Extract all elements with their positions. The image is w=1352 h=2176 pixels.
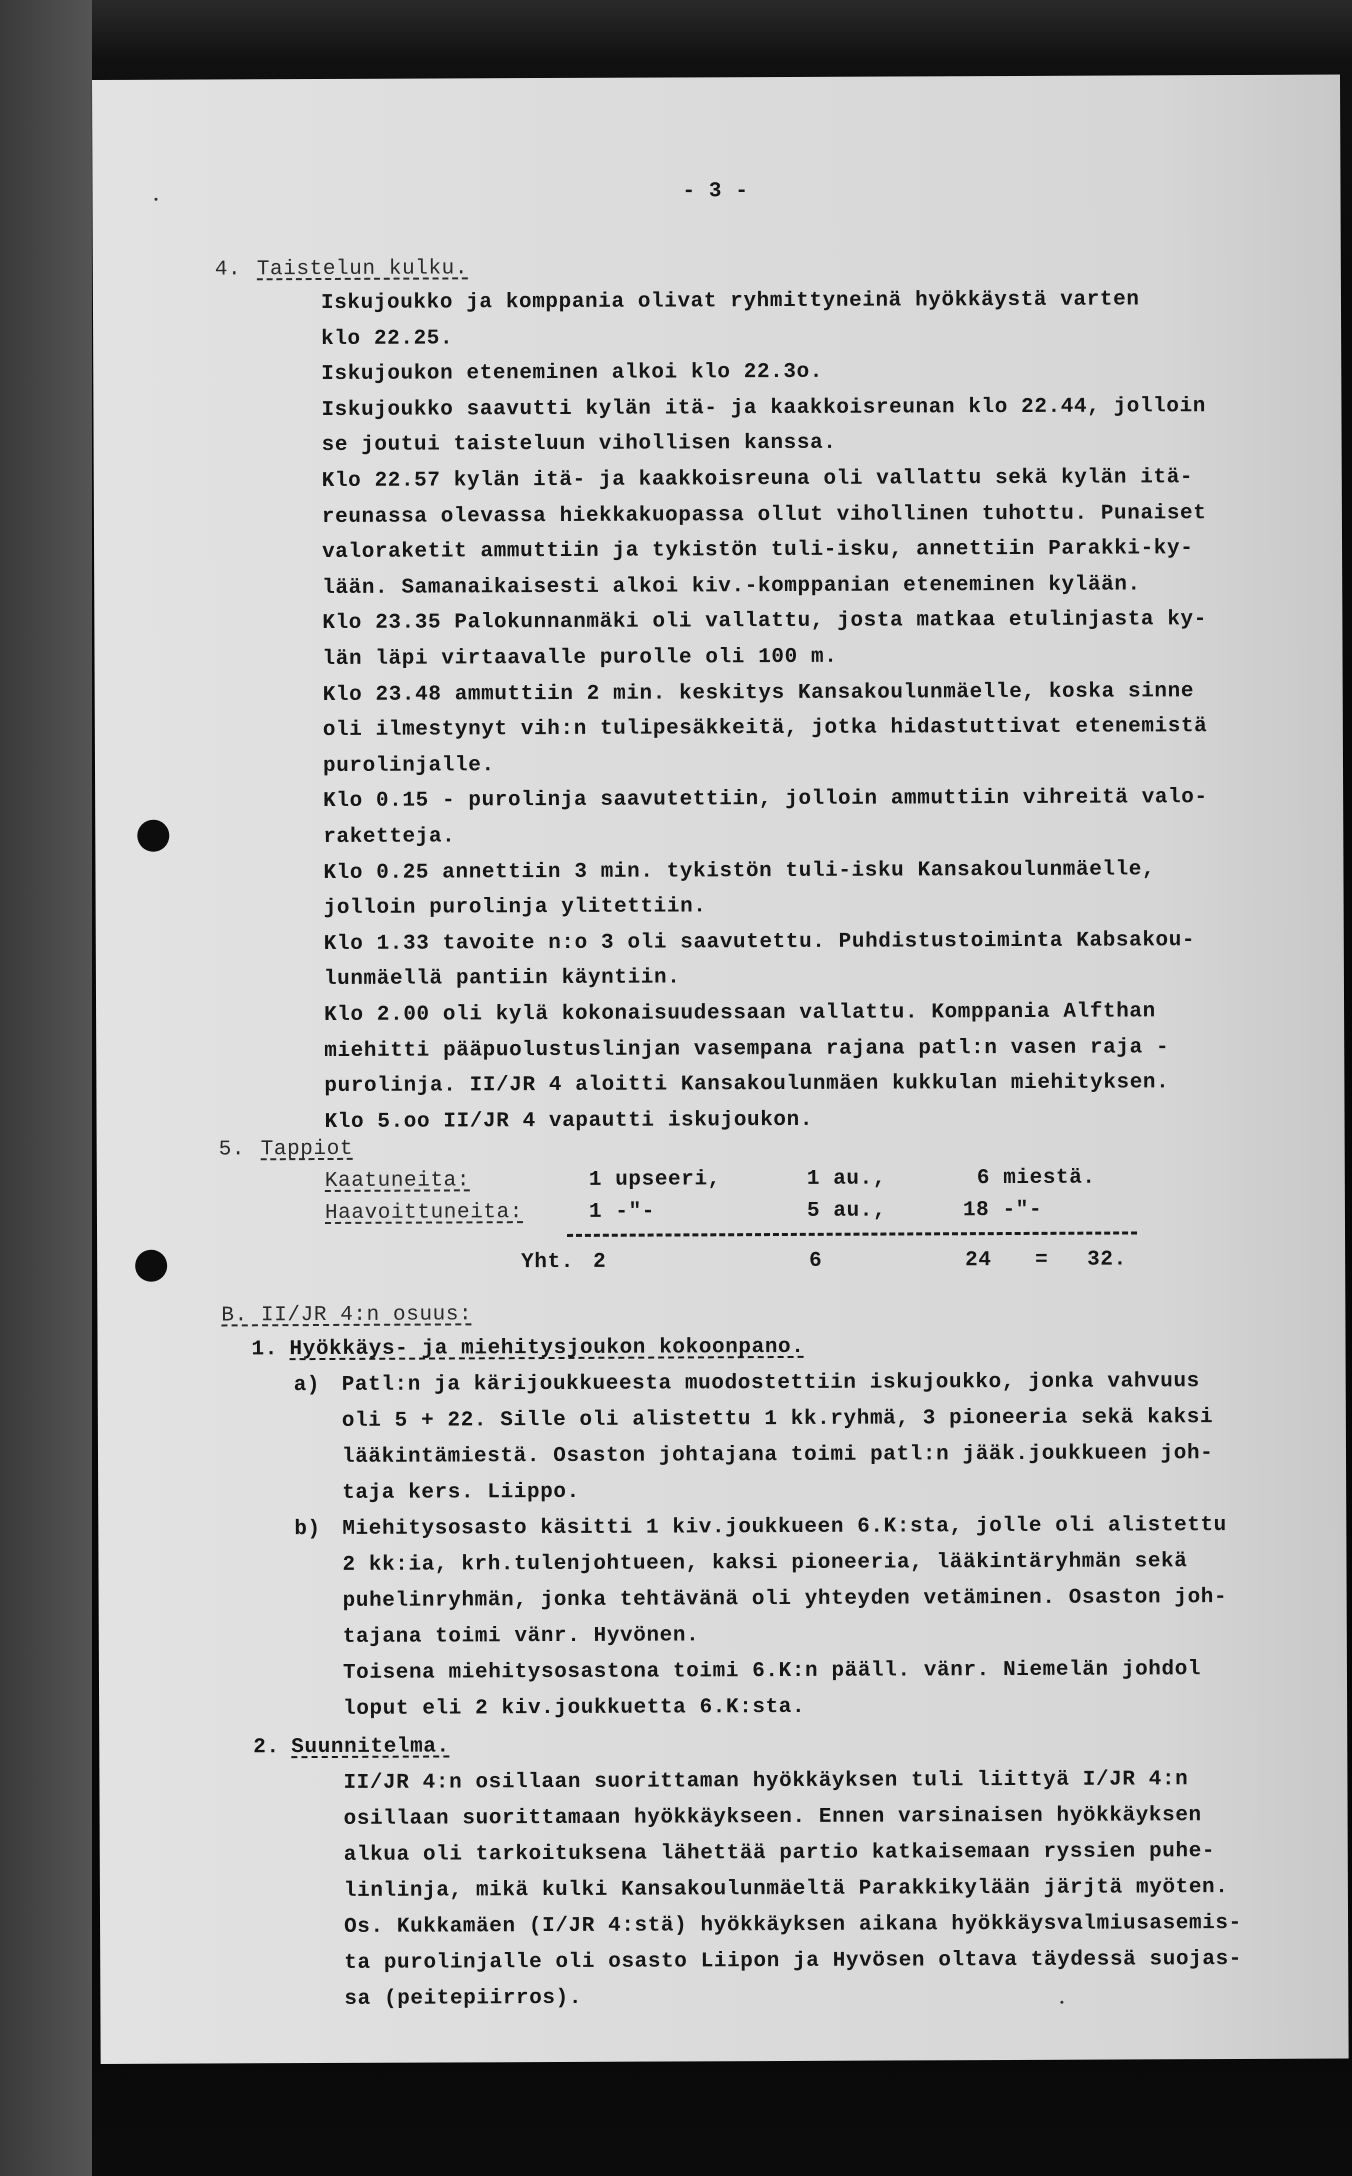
section-4-line: Klo 0.25 annettiin 3 min. tykistön tuli-…: [323, 857, 1155, 887]
paper-speck: [155, 198, 158, 201]
section-4-line: Klo 23.48 ammuttiin 2 min. keskitys Kans…: [323, 679, 1194, 709]
item-2-line: Os. Kukkamäen (I/JR 4:stä) hyökkäyksen a…: [344, 1911, 1242, 1941]
section-4-line: klo 22.25.: [321, 326, 453, 353]
section-4-line: miehitti pääpuolustuslinjan vasempana ra…: [324, 1035, 1169, 1065]
losses-row-killed-nco: 1 au.,: [807, 1167, 886, 1193]
item-1b-line: Miehitysosasto käsitti 1 kiv.joukkueen 6…: [342, 1513, 1227, 1543]
item-1b-line: loput eli 2 kiv.joukkuetta 6.K:sta.: [343, 1695, 805, 1723]
losses-row-killed-men: 6 miestä.: [977, 1166, 1096, 1193]
section-4-line: reunassa olevassa hiekkakuopassa ollut v…: [322, 501, 1207, 531]
item-1a-line: lääkintämiestä. Osaston johtajana toimi …: [342, 1441, 1213, 1471]
section-4-heading: Taistelun kulku.: [257, 256, 468, 283]
losses-total-label: Yht.: [521, 1250, 574, 1276]
document-page: - 3 - 4. Taistelun kulku. Iskujoukko ja …: [92, 75, 1349, 2064]
section-b-heading: B. II/JR 4:n osuus:: [221, 1302, 472, 1329]
item-2-heading: Suunnitelma.: [291, 1734, 450, 1761]
punch-hole-top: [137, 820, 169, 852]
item-2-number: 2.: [253, 1735, 280, 1761]
section-4-line: Klo 0.15 - purolinja saavutettiin, jollo…: [323, 786, 1208, 816]
losses-total-men: 24: [965, 1248, 992, 1274]
item-1-heading: Hyökkäys- ja miehitysjoukon kokoonpano.: [289, 1335, 804, 1363]
losses-row-wounded-label: Haavoittuneita:: [325, 1200, 523, 1227]
section-4-line: purolinjalle.: [323, 753, 495, 780]
item-2-line: alkua oli tarkoituksena lähettää partio …: [344, 1839, 1215, 1869]
page-number: - 3 -: [682, 179, 748, 205]
section-4-line: oli ilmestynyt vih:n tulipesäkkeitä, jot…: [323, 714, 1208, 744]
item-1a-marker: a): [294, 1373, 321, 1399]
paper-speck: [1060, 2001, 1063, 2004]
sum-rule: [567, 1231, 1137, 1236]
section-4-line: Iskujoukon eteneminen alkoi klo 22.3o.: [321, 360, 823, 388]
losses-table: Kaatuneita: 1 upseeri, 1 au., 6 miestä. …: [92, 75, 1340, 80]
losses-row-wounded-men: 18 -"-: [963, 1198, 1042, 1224]
losses-row-wounded-nco: 5 au.,: [807, 1199, 886, 1225]
item-2-line: ta purolinjalle oli osasto Liipon ja Hyv…: [344, 1947, 1242, 1977]
item-1a-line: Patl:n ja kärijoukkueesta muodostettiin …: [342, 1369, 1200, 1399]
section-4-line: purolinja. II/JR 4 aloitti Kansakoulunmä…: [324, 1070, 1169, 1100]
section-4-line: valoraketit ammuttiin ja tykistön tuli-i…: [322, 536, 1193, 566]
item-1a-body: Patl:n ja kärijoukkueesta muodostettiin …: [92, 75, 1340, 80]
section-4-line: lään. Samanaikaisesti alkoi kiv.-komppan…: [322, 572, 1141, 602]
item-1b-line: 2 kk:ia, krh.tulenjohtueen, kaksi pionee…: [342, 1549, 1187, 1579]
losses-row-killed-label: Kaatuneita:: [325, 1168, 470, 1195]
section-4-line: Klo 5.oo II/JR 4 vapautti iskujoukon.: [324, 1108, 813, 1136]
item-1a-line: oli 5 + 22. Sille oli alistettu 1 kk.ryh…: [342, 1405, 1213, 1435]
section-4-line: Iskujoukko ja komppania olivat ryhmittyn…: [321, 287, 1140, 317]
item-1b-line: tajana toimi vänr. Hyvönen.: [343, 1623, 700, 1651]
scanner-backdrop: [0, 0, 92, 2176]
section-4-line: Klo 1.33 tavoite n:o 3 oli saavutettu. P…: [324, 928, 1195, 958]
losses-row-killed-officers: 1 upseeri,: [589, 1167, 721, 1194]
item-1b-marker: b): [294, 1517, 321, 1543]
item-2-line: linlinja, mikä kulki Kansakoulunmäeltä P…: [344, 1875, 1229, 1905]
section-5-heading: Tappiot: [261, 1137, 354, 1163]
item-1b-line: Toisena miehitysosastona toimi 6.K:n pää…: [343, 1657, 1201, 1687]
section-4-body: Iskujoukko ja komppania olivat ryhmittyn…: [92, 75, 1340, 80]
losses-total-officers: 2: [593, 1250, 606, 1276]
item-1a-line: taja kers. Liippo.: [342, 1480, 580, 1507]
item-2-line: sa (peitepiirros).: [344, 1986, 582, 2013]
losses-total-equals: =: [1035, 1248, 1048, 1274]
item-2-body: II/JR 4:n osillaan suorittaman hyökkäyks…: [92, 75, 1340, 80]
item-1b-body: Miehitysosasto käsitti 1 kiv.joukkueen 6…: [92, 75, 1340, 80]
item-1b-line: puhelinryhmän, jonka tehtävänä oli yhtey…: [343, 1585, 1228, 1615]
section-4-line: Klo 22.57 kylän itä- ja kaakkoisreuna ol…: [322, 465, 1193, 495]
item-1-number: 1.: [251, 1337, 278, 1363]
losses-total-nco: 6: [809, 1249, 822, 1275]
punch-hole-bottom: [135, 1250, 167, 1282]
section-4-line: Iskujoukko saavutti kylän itä- ja kaakko…: [321, 394, 1206, 424]
losses-grand-total: 32.: [1087, 1247, 1127, 1273]
section-4-line: raketteja.: [323, 824, 455, 851]
section-4-line: län läpi virtaavalle purolle oli 100 m.: [322, 645, 837, 673]
item-2-line: II/JR 4:n osillaan suorittaman hyökkäyks…: [343, 1767, 1188, 1797]
losses-row-wounded-officers: 1 -"-: [589, 1200, 655, 1226]
section-4-line: lunmäellä pantiin käyntiin.: [324, 966, 681, 994]
item-2-line: osillaan suorittamaan hyökkäykseen. Enne…: [344, 1803, 1202, 1833]
section-4-line: Klo 23.35 Palokunnanmäki oli vallattu, j…: [322, 608, 1207, 638]
section-4-line: Klo 2.00 oli kylä kokonaisuudessaan vall…: [324, 999, 1156, 1029]
section-5-number: 5.: [219, 1137, 246, 1163]
section-4-line: se joutui taisteluun vihollisen kanssa.: [322, 431, 837, 459]
section-4-line: jolloin purolinja ylitettiin.: [324, 895, 707, 923]
section-4-number: 4.: [215, 257, 242, 283]
